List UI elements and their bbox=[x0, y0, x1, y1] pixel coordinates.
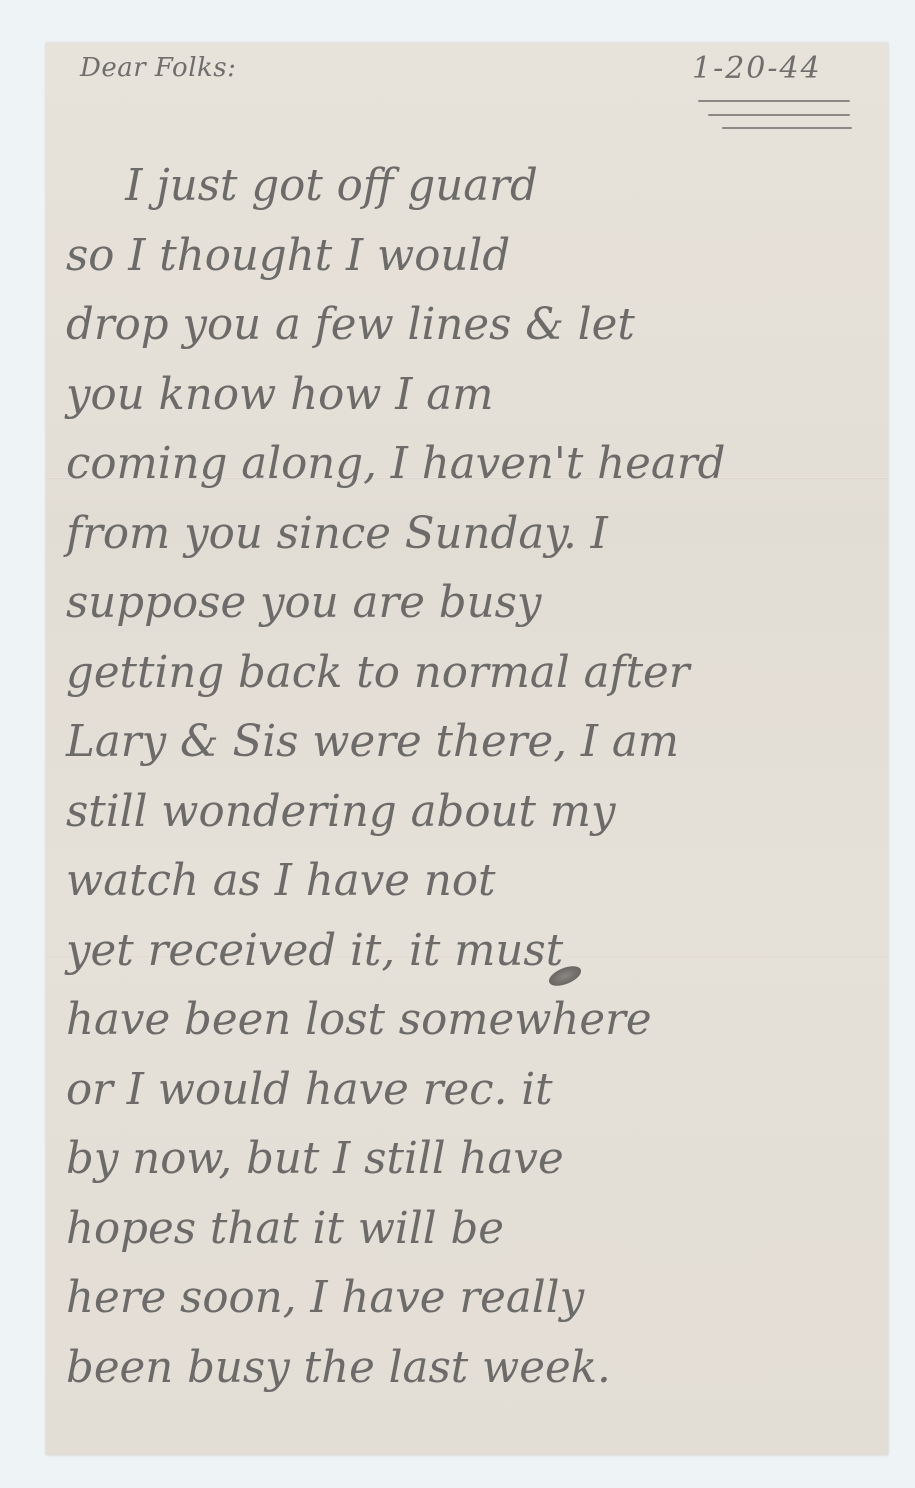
date-underline bbox=[722, 127, 852, 129]
letter-line: Lary & Sis were there, I am bbox=[66, 707, 866, 777]
letter-line: so I thought I would bbox=[66, 221, 866, 291]
letter-line: from you since Sunday. I bbox=[66, 499, 866, 569]
letter-line: yet received it, it must bbox=[66, 916, 866, 986]
letter-line: hopes that it will be bbox=[66, 1194, 866, 1264]
letter-body: I just got off guard so I thought I woul… bbox=[66, 151, 876, 1402]
date-underline bbox=[698, 100, 850, 102]
letter-page: Dear Folks: 1-20-44 I just got off guard… bbox=[46, 43, 888, 1455]
letter-line: suppose you are busy bbox=[66, 568, 866, 638]
letter-line: coming along, I haven't heard bbox=[66, 429, 866, 499]
letter-line: have been lost somewhere bbox=[66, 985, 866, 1055]
letter-line: still wondering about my bbox=[66, 777, 866, 847]
letter-date: 1-20-44 bbox=[692, 51, 822, 86]
date-underline bbox=[708, 114, 850, 116]
letter-line: by now, but I still have bbox=[66, 1124, 866, 1194]
letter-line: I just got off guard bbox=[66, 151, 866, 221]
salutation: Dear Folks: bbox=[80, 53, 236, 83]
letter-line: watch as I have not bbox=[66, 846, 866, 916]
letter-line: been busy the last week. bbox=[66, 1333, 866, 1403]
letter-line: or I would have rec. it bbox=[66, 1055, 866, 1125]
letter-line: here soon, I have really bbox=[66, 1263, 866, 1333]
letter-line: getting back to normal after bbox=[66, 638, 866, 708]
letter-line: you know how I am bbox=[66, 360, 866, 430]
letter-line: drop you a few lines & let bbox=[66, 290, 866, 360]
